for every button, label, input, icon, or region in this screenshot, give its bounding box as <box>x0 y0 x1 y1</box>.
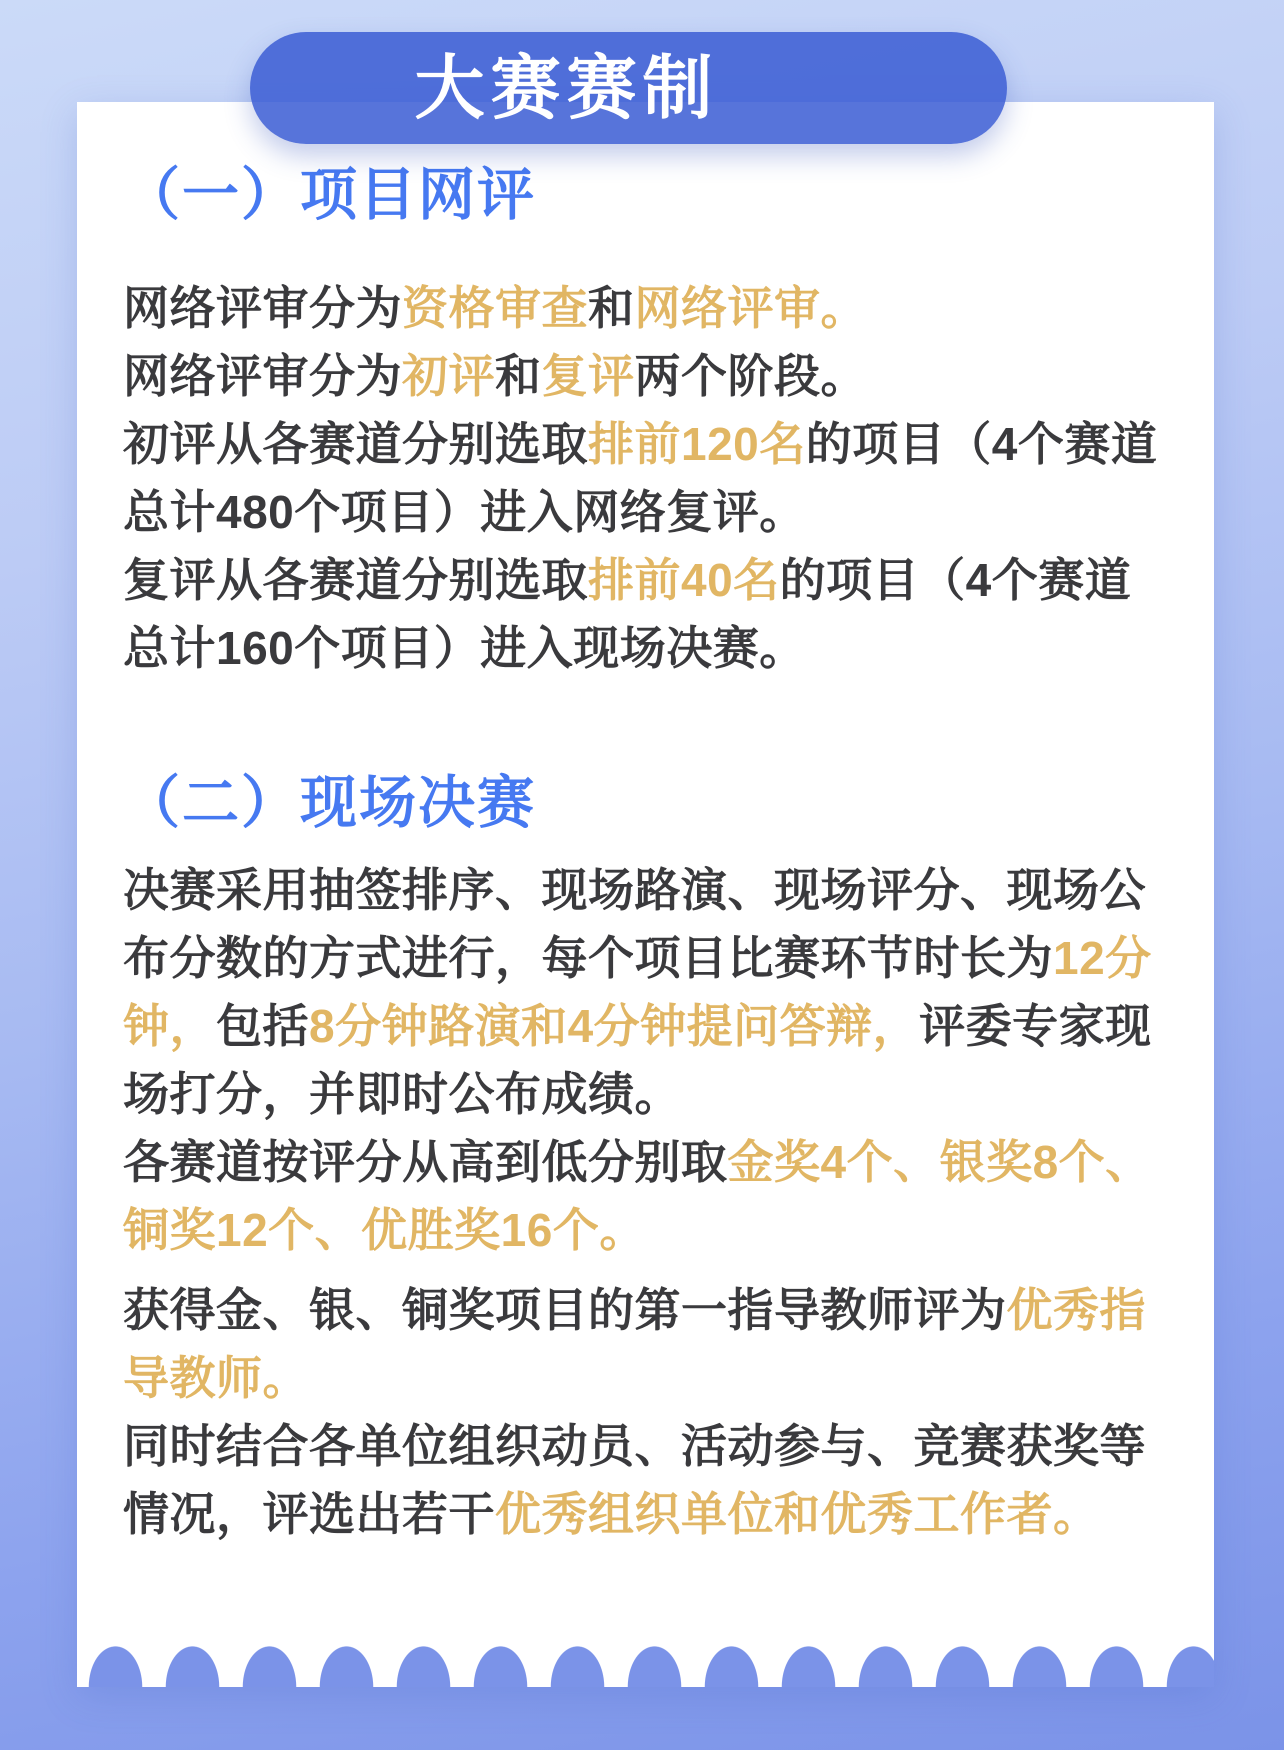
text-segment-dark: 网络评审分为 <box>123 350 402 402</box>
text-segment-gold: 优秀组织单位和优秀工作者。 <box>495 1488 1100 1540</box>
section-1-paragraph-2: 网络评审分为初评和复评两个阶段。 <box>123 342 1171 410</box>
text-segment-dark: 各赛道按评分从高到低分别取 <box>123 1136 728 1188</box>
text-segment-dark: 和 <box>495 350 542 402</box>
text-segment-gold: 资格审查 <box>402 282 588 334</box>
section-2-paragraph-3: 获得金、银、铜奖项目的第一指导教师评为优秀指导教师。 <box>123 1276 1171 1412</box>
section-2-heading: （二）现场决赛 <box>123 770 1171 836</box>
section-1-heading: （一）项目网评 <box>123 162 1171 228</box>
title-banner: 大赛赛制 <box>250 32 1007 144</box>
text-segment-gold: 排前120名 <box>588 418 806 470</box>
section-1-paragraph-3: 初评从各赛道分别选取排前120名的项目（4个赛道总计480个项目）进入网络复评。 <box>123 410 1171 546</box>
text-segment-dark: 网络评审分为 <box>123 282 402 334</box>
section-2-paragraph-1: 决赛采用抽签排序、现场路演、现场评分、现场公布分数的方式进行，每个项目比赛环节时… <box>123 856 1171 1128</box>
scalloped-bottom-edge <box>77 1641 1214 1687</box>
text-segment-dark: 复评从各赛道分别选取 <box>123 554 588 606</box>
text-segment-gold: 复评 <box>542 350 635 402</box>
text-segment-dark: 两个阶段。 <box>635 350 868 402</box>
section-1-paragraph-4: 复评从各赛道分别选取排前40名的项目（4个赛道总计160个项目）进入现场决赛。 <box>123 546 1171 682</box>
section-2-paragraph-2: 各赛道按评分从高到低分别取金奖4个、银奖8个、铜奖12个、优胜奖16个。 <box>123 1128 1171 1264</box>
page-title: 大赛赛制 <box>415 53 719 123</box>
text-segment-dark: 包括 <box>216 1000 309 1052</box>
text-segment-dark: 初评从各赛道分别选取 <box>123 418 588 470</box>
text-segment-gold: 排前40名 <box>588 554 780 606</box>
text-segment-dark: 决赛采用抽签排序、现场路演、现场评分、现场公布分数的方式进行，每个项目比赛环节时… <box>123 864 1146 984</box>
text-segment-gold: 网络评审。 <box>635 282 868 334</box>
content-card: （一）项目网评 网络评审分为资格审查和网络评审。 网络评审分为初评和复评两个阶段… <box>77 102 1214 1687</box>
poster-background: （一）项目网评 网络评审分为资格审查和网络评审。 网络评审分为初评和复评两个阶段… <box>0 0 1284 1750</box>
text-segment-gold: 8分钟路演和4分钟提问答辩， <box>309 1000 919 1052</box>
section-1-paragraph-1: 网络评审分为资格审查和网络评审。 <box>123 274 1171 342</box>
text-segment-dark: 和 <box>588 282 635 334</box>
section-2-paragraph-4: 同时结合各单位组织动员、活动参与、竞赛获奖等情况，评选出若干优秀组织单位和优秀工… <box>123 1412 1171 1548</box>
text-segment-dark: 获得金、银、铜奖项目的第一指导教师评为 <box>123 1284 1007 1336</box>
text-segment-gold: 初评 <box>402 350 495 402</box>
